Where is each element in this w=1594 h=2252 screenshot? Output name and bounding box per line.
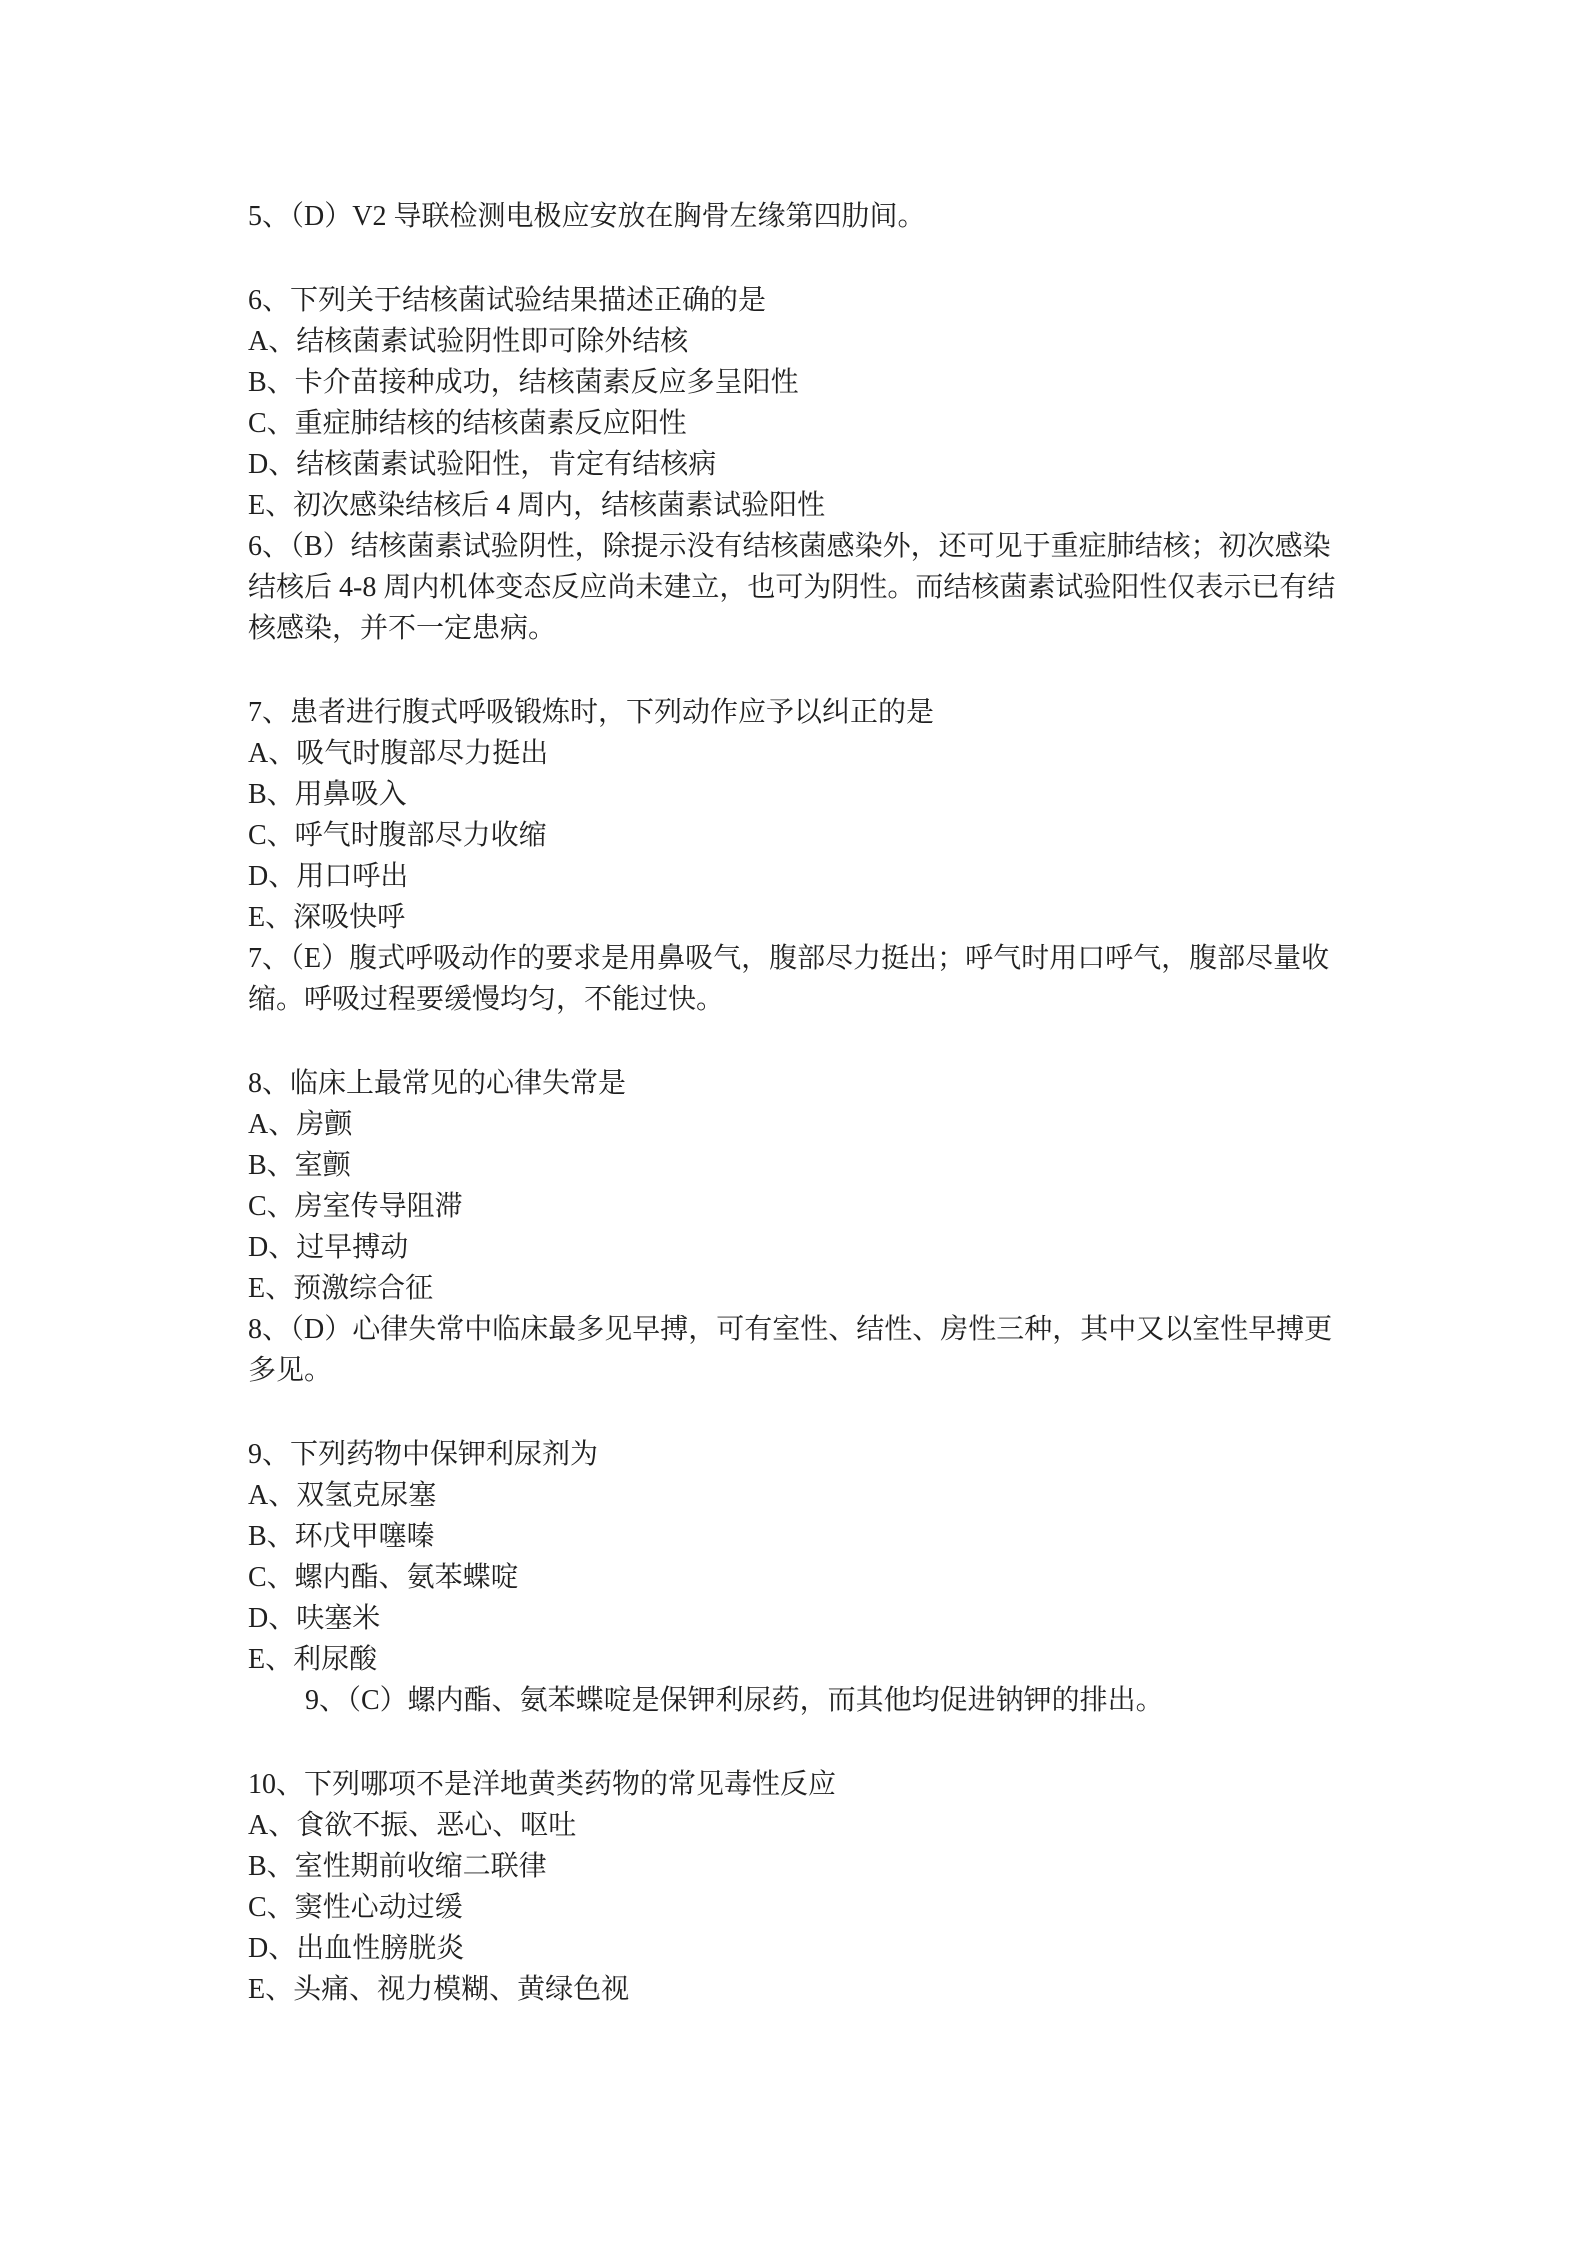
question-9-option-e: E、利尿酸 xyxy=(248,1639,1352,1680)
question-10-option-b: B、室性期前收缩二联律 xyxy=(248,1846,1352,1887)
question-number: 7、 xyxy=(248,697,290,728)
question-8-option-e: E、预激综合征 xyxy=(248,1268,1352,1309)
question-number: 6、 xyxy=(248,285,290,316)
question-stem: 临床上最常见的心律失常是 xyxy=(290,1068,626,1099)
question-9: 9、下列药物中保钾利尿剂为 A、双氢克尿塞 B、环戊甲噻嗪 C、螺内酯、氨苯蝶啶… xyxy=(248,1434,1352,1721)
exam-content: 5、（D）V2 导联检测电极应安放在胸骨左缘第四肋间。 6、下列关于结核菌试验结… xyxy=(248,196,1352,2010)
question-number: 8、 xyxy=(248,1068,290,1099)
question-number: 10、 xyxy=(248,1769,304,1800)
question-9-option-b: B、环戊甲噻嗪 xyxy=(248,1516,1352,1557)
question-6-option-e: E、初次感染结核后 4 周内，结核菌素试验阳性 xyxy=(248,485,1352,526)
question-6-option-d: D、结核菌素试验阳性，肯定有结核病 xyxy=(248,444,1352,485)
question-8-option-b: B、室颤 xyxy=(248,1145,1352,1186)
question-7: 7、患者进行腹式呼吸锻炼时，下列动作应予以纠正的是 A、吸气时腹部尽力挺出 B、… xyxy=(248,692,1352,1020)
question-7-option-d: D、用口呼出 xyxy=(248,856,1352,897)
question-10-option-d: D、出血性膀胱炎 xyxy=(248,1928,1352,1969)
question-10-option-c: C、窦性心动过缓 xyxy=(248,1887,1352,1928)
question-7-option-e: E、深吸快呼 xyxy=(248,897,1352,938)
question-8: 8、临床上最常见的心律失常是 A、房颤 B、室颤 C、房室传导阻滞 D、过早搏动… xyxy=(248,1063,1352,1391)
question-6-option-c: C、重症肺结核的结核菌素反应阳性 xyxy=(248,403,1352,444)
question-8-answer-explanation: 8、（D）心律失常中临床最多见早搏，可有室性、结性、房性三种，其中又以室性早搏更… xyxy=(248,1309,1352,1391)
question-10-option-a: A、食欲不振、恶心、呕吐 xyxy=(248,1805,1352,1846)
question-6-stem-line: 6、下列关于结核菌试验结果描述正确的是 xyxy=(248,280,1352,321)
question-number: 9、 xyxy=(248,1439,290,1470)
question-8-option-d: D、过早搏动 xyxy=(248,1227,1352,1268)
question-9-option-c: C、螺内酯、氨苯蝶啶 xyxy=(248,1557,1352,1598)
question-9-option-a: A、双氢克尿塞 xyxy=(248,1475,1352,1516)
question-8-option-c: C、房室传导阻滞 xyxy=(248,1186,1352,1227)
question-stem: 下列哪项不是洋地黄类药物的常见毒性反应 xyxy=(304,1769,836,1800)
question-9-stem-line: 9、下列药物中保钾利尿剂为 xyxy=(248,1434,1352,1475)
question-8-option-a: A、房颤 xyxy=(248,1104,1352,1145)
question-8-stem-line: 8、临床上最常见的心律失常是 xyxy=(248,1063,1352,1104)
question-7-stem-line: 7、患者进行腹式呼吸锻炼时，下列动作应予以纠正的是 xyxy=(248,692,1352,733)
question-7-option-a: A、吸气时腹部尽力挺出 xyxy=(248,733,1352,774)
question-stem: 下列药物中保钾利尿剂为 xyxy=(290,1439,598,1470)
question-10: 10、下列哪项不是洋地黄类药物的常见毒性反应 A、食欲不振、恶心、呕吐 B、室性… xyxy=(248,1764,1352,2010)
question-6-option-a: A、结核菌素试验阴性即可除外结核 xyxy=(248,321,1352,362)
question-6-answer-explanation: 6、（B）结核菌素试验阴性，除提示没有结核菌感染外，还可见于重症肺结核；初次感染… xyxy=(248,526,1352,649)
answer-note-q5: 5、（D）V2 导联检测电极应安放在胸骨左缘第四肋间。 xyxy=(248,196,1352,237)
question-stem: 患者进行腹式呼吸锻炼时，下列动作应予以纠正的是 xyxy=(290,697,934,728)
question-7-option-b: B、用鼻吸入 xyxy=(248,774,1352,815)
question-7-answer-explanation: 7、（E）腹式呼吸动作的要求是用鼻吸气，腹部尽力挺出；呼气时用口呼气，腹部尽量收… xyxy=(248,938,1352,1020)
question-9-answer-explanation: 9、（C）螺内酯、氨苯蝶啶是保钾利尿药，而其他均促进钠钾的排出。 xyxy=(305,1680,1352,1721)
question-9-option-d: D、呋塞米 xyxy=(248,1598,1352,1639)
question-stem: 下列关于结核菌试验结果描述正确的是 xyxy=(290,285,766,316)
question-6: 6、下列关于结核菌试验结果描述正确的是 A、结核菌素试验阴性即可除外结核 B、卡… xyxy=(248,280,1352,649)
exam-page: 5、（D）V2 导联检测电极应安放在胸骨左缘第四肋间。 6、下列关于结核菌试验结… xyxy=(0,0,1594,2252)
question-6-option-b: B、卡介苗接种成功，结核菌素反应多呈阳性 xyxy=(248,362,1352,403)
question-7-option-c: C、呼气时腹部尽力收缩 xyxy=(248,815,1352,856)
question-10-option-e: E、头痛、视力模糊、黄绿色视 xyxy=(248,1969,1352,2010)
question-10-stem-line: 10、下列哪项不是洋地黄类药物的常见毒性反应 xyxy=(248,1764,1352,1805)
